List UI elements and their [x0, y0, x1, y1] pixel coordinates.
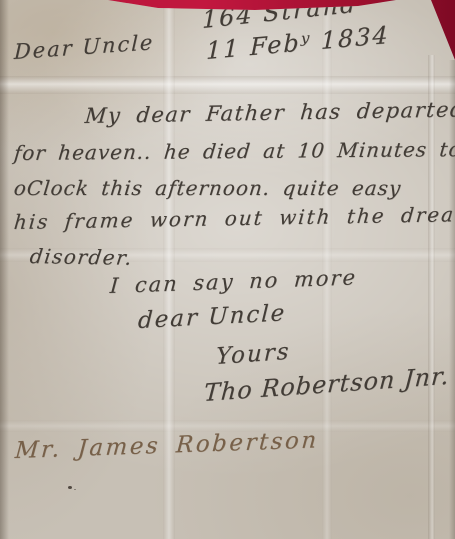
body-line: his frame worn out with the dreadful: [13, 201, 455, 234]
horizontal-fold-crease: [0, 76, 455, 94]
paper-right-edge-shadow: [449, 60, 455, 539]
body-line: oClock this afternoon. quite easy: [13, 176, 403, 200]
vertical-fold-crease: [428, 55, 435, 539]
salutation: Dear Uncle: [14, 30, 155, 64]
ink-speck: [68, 486, 72, 489]
paper-left-edge-shadow: [0, 0, 9, 539]
body-line: My dear Father has departed: [84, 97, 455, 128]
addressee-name: Mr. James Robertson: [14, 427, 319, 464]
closing-salutation: dear Uncle: [137, 300, 287, 334]
body-line: for heaven.. he died at 10 Minutes to 5: [13, 137, 455, 165]
signature: Tho Robertson Jnr.: [203, 362, 451, 407]
body-line: I can say no more: [109, 265, 358, 298]
body-line: disorder.: [29, 244, 135, 270]
photo-of-handwritten-letter: 164 Strand 11 Febʸ 1834 Dear Uncle My de…: [0, 0, 455, 539]
valediction: Yours: [216, 339, 291, 370]
letter-paper: 164 Strand 11 Febʸ 1834 Dear Uncle My de…: [0, 0, 455, 539]
